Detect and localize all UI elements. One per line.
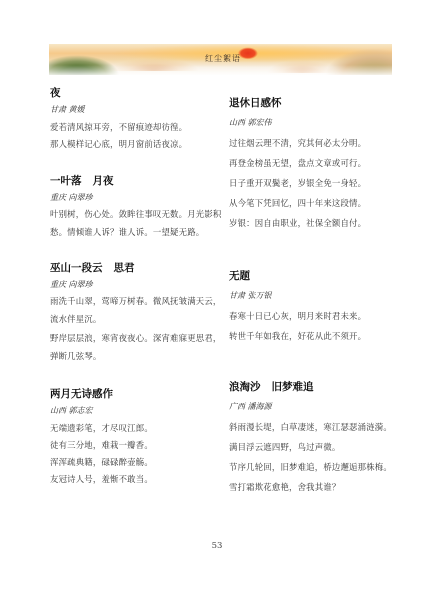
poem-line: 那人模样记心底，明月窗前话夜凉。 bbox=[50, 138, 222, 150]
poem: 夜 甘肃 黄媛 爱若清风掠耳旁，不留痕迹却彷徨。 那人模样记心底，明月窗前话夜凉… bbox=[50, 86, 222, 150]
poem-author: 甘肃 黄媛 bbox=[50, 104, 222, 116]
poem-title-text: 退休日感怀 bbox=[229, 97, 282, 109]
poem-line: 春寒十日已心灰，明月来时君未来。 bbox=[229, 310, 399, 322]
poem-line: 叶别树，伤心处。敛眸往事叹无数。月光影积愁。情倾谁人诉？谁人诉。一望疑无路。 bbox=[50, 205, 222, 241]
poem-line: 爱若清风掠耳旁，不留痕迹却彷徨。 bbox=[50, 121, 222, 133]
header-banner: 红尘絮语 bbox=[49, 44, 392, 75]
poem-author: 广西 潘海源 bbox=[229, 401, 399, 413]
poem-title: 浪淘沙旧梦难追 bbox=[229, 380, 399, 394]
poem-title: 两月无诗感作 bbox=[50, 387, 222, 401]
poem-author: 山西 郭宏伟 bbox=[229, 117, 399, 129]
poem: 巫山一段云思君 重庆 向翠珍 雨洗千山翠，莺啼万树春。微风抚皱满天云，流水伴星沉… bbox=[50, 261, 222, 365]
poem-title-text: 夜 bbox=[50, 87, 61, 99]
page-number: 53 bbox=[0, 541, 434, 551]
poem-title-text: 两月无诗感作 bbox=[50, 388, 113, 400]
clouds-illustration bbox=[49, 65, 392, 75]
poem-line: 雨洗千山翠，莺啼万树春。微风抚皱满天云，流水伴星沉。 bbox=[50, 292, 222, 328]
poem: 一叶落月夜 重庆 向翠珍 叶别树，伤心处。敛眸往事叹无数。月光影积愁。情倾谁人诉… bbox=[50, 174, 222, 241]
poem-line: 浑浑疏典籍，碌碌醉壶觞。 bbox=[50, 456, 222, 468]
poem-line: 友冠诗人号，羞惭不敢当。 bbox=[50, 473, 222, 485]
poem-title-text: 巫山一段云 bbox=[50, 262, 103, 274]
poem-subtitle: 月夜 bbox=[93, 175, 114, 187]
poem-title-text: 无题 bbox=[229, 270, 250, 282]
poem-title: 无题 bbox=[229, 269, 399, 283]
poem: 无题 甘肃 张万银 春寒十日已心灰，明月来时君未来。 转世千年如我在，好花从此不… bbox=[229, 269, 399, 342]
poem-line: 再登金榜虽无望，盘点文章或可行。 bbox=[229, 157, 399, 169]
poem-title: 夜 bbox=[50, 86, 222, 100]
poem-line: 从今笔下凭回忆，四十年来这段情。 bbox=[229, 197, 399, 209]
poem-author: 山西 郭志宏 bbox=[50, 405, 222, 417]
poem-title: 巫山一段云思君 bbox=[50, 261, 222, 275]
poem: 两月无诗感作 山西 郭志宏 无端遗彩笔，才尽叹江郎。 徒有三分地，难栽一瓣香。 … bbox=[50, 387, 222, 485]
document-page: 红尘絮语 夜 甘肃 黄媛 爱若清风掠耳旁，不留痕迹却彷徨。 那人模样记心底，明月… bbox=[0, 0, 434, 600]
poem: 浪淘沙旧梦难追 广西 潘海源 斜雨漫长堤，白草凄迷，寒江瑟瑟涌涟漪。 满目浮云遮… bbox=[229, 380, 399, 493]
poem-line: 无端遗彩笔，才尽叹江郎。 bbox=[50, 422, 222, 434]
banner-title: 红尘絮语 bbox=[205, 53, 241, 64]
poem-subtitle: 思君 bbox=[114, 262, 135, 274]
poem-line: 岁银：因自由职业，社保全额自付。 bbox=[229, 217, 399, 229]
poem-title: 一叶落月夜 bbox=[50, 174, 222, 188]
right-column: 退休日感怀 山西 郭宏伟 过往烟云理不清，究其何必太分明。 再登金榜虽无望，盘点… bbox=[229, 96, 399, 493]
poem: 退休日感怀 山西 郭宏伟 过往烟云理不清，究其何必太分明。 再登金榜虽无望，盘点… bbox=[229, 96, 399, 229]
poem-title-text: 浪淘沙 bbox=[229, 381, 261, 393]
poem-title: 退休日感怀 bbox=[229, 96, 399, 110]
poem-line: 野岸层层浪，寒宵夜夜心。深宵难寐更思君，弹断几弦琴。 bbox=[50, 329, 222, 365]
poem-subtitle: 旧梦难追 bbox=[272, 381, 314, 393]
poem-line: 满目浮云遮四野，鸟过声微。 bbox=[229, 441, 399, 453]
poem-line: 节序几轮回，旧梦难追，桥边邂逅那株梅。 bbox=[229, 461, 399, 473]
poem-author: 甘肃 张万银 bbox=[229, 290, 399, 302]
poem-author: 重庆 向翠珍 bbox=[50, 279, 222, 291]
poem-line: 徒有三分地，难栽一瓣香。 bbox=[50, 439, 222, 451]
poem-title-text: 一叶落 bbox=[50, 175, 82, 187]
poem-line: 日子重开双鬓老，岁银全免一身轻。 bbox=[229, 177, 399, 189]
poem-line: 斜雨漫长堤，白草凄迷，寒江瑟瑟涌涟漪。 bbox=[229, 421, 399, 433]
poem-line: 过往烟云理不清，究其何必太分明。 bbox=[229, 137, 399, 149]
poem-author: 重庆 向翠珍 bbox=[50, 192, 222, 204]
poem-line: 雪打霜欺花愈艳，舍我其谁？ bbox=[229, 481, 399, 493]
poem-line: 转世千年如我在，好花从此不须开。 bbox=[229, 330, 399, 342]
left-column: 夜 甘肃 黄媛 爱若清风掠耳旁，不留痕迹却彷徨。 那人模样记心底，明月窗前话夜凉… bbox=[50, 86, 222, 485]
